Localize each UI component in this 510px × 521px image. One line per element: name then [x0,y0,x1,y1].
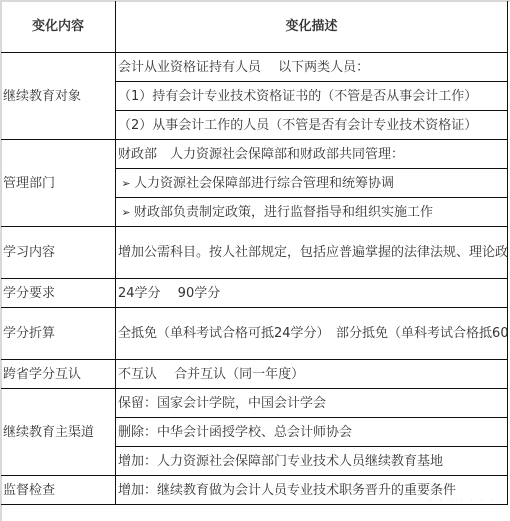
channels-line-2: 删除：中华会计函授学校、总会计师协会 [116,418,508,447]
management-line-3-text: 财政部负责制定政策，进行监督指导和组织实施工作 [134,205,433,220]
table-row: 学分折算 全抵免（单科考试合格可抵24学分） 部分抵免（单科考试合格抵60学分） [1,308,508,360]
row-label-target: 继续教育对象 [1,53,116,140]
header-change-description: 变化描述 [116,1,508,53]
target-line-2: （1）持有会计专业技术资格证书的（不管是否从事会计工作） [116,82,508,111]
arrow-bullet-icon: ➢ [118,171,134,196]
target-line-1: 会计从业资格证持有人员 以下两类人员： [116,53,508,82]
row-label-channels: 继续教育主渠道 [1,389,116,476]
table-row: 学习内容 增加公需科目。按人社部规定，包括应普遍掌握的法律法规、理论政策、职业道… [1,227,508,279]
arrow-bullet-icon: ➢ [118,200,134,225]
target-line-3: （2）从事会计工作的人员（不管是否有会计专业技术资格证） [116,111,508,140]
header-row: 变化内容 变化描述 [1,1,508,53]
table-row: 学分要求 24学分 90学分 [1,279,508,308]
supervision-text: 增加：继续教育做为会计人员专业技术职务晋升的重要条件 [116,476,508,505]
row-label-supervision: 监督检查 [1,476,116,505]
management-line-1: 财政部 人力资源社会保障部和财政部共同管理： [116,140,508,169]
management-line-2: ➢人力资源社会保障部进行综合管理和统筹协调 [116,169,508,198]
row-label-credit-conversion: 学分折算 [1,308,116,360]
table-row: 继续教育对象 会计从业资格证持有人员 以下两类人员： [1,53,508,82]
table-row: 管理部门 财政部 人力资源社会保障部和财政部共同管理： [1,140,508,169]
comparison-table: 变化内容 变化描述 继续教育对象 会计从业资格证持有人员 以下两类人员： （1）… [1,1,508,505]
channels-line-1: 保留：国家会计学院，中国会计学会 [116,389,508,418]
row-label-credits-required: 学分要求 [1,279,116,308]
header-change-content: 变化内容 [1,1,116,53]
table-row: 监督检查 增加：继续教育做为会计人员专业技术职务晋升的重要条件 [1,476,508,505]
management-line-2-text: 人力资源社会保障部进行综合管理和统筹协调 [134,176,394,191]
credit-conversion-text: 全抵免（单科考试合格可抵24学分） 部分抵免（单科考试合格抵60学分） [116,308,508,360]
cross-province-text: 不互认 合并互认（同一年度） [116,360,508,389]
row-label-cross-province: 跨省学分互认 [1,360,116,389]
row-label-content: 学习内容 [1,227,116,279]
table-row: 继续教育主渠道 保留：国家会计学院，中国会计学会 [1,389,508,418]
channels-line-3: 增加：人力资源社会保障部门专业技术人员继续教育基地 [116,447,508,476]
content-text: 增加公需科目。按人社部规定，包括应普遍掌握的法律法规、理论政策、职业道德、技术信… [116,227,508,279]
row-label-management: 管理部门 [1,140,116,227]
credits-required-text: 24学分 90学分 [116,279,508,308]
table-row: 跨省学分互认 不互认 合并互认（同一年度） [1,360,508,389]
management-line-3: ➢财政部负责制定政策，进行监督指导和组织实施工作 [116,198,508,227]
